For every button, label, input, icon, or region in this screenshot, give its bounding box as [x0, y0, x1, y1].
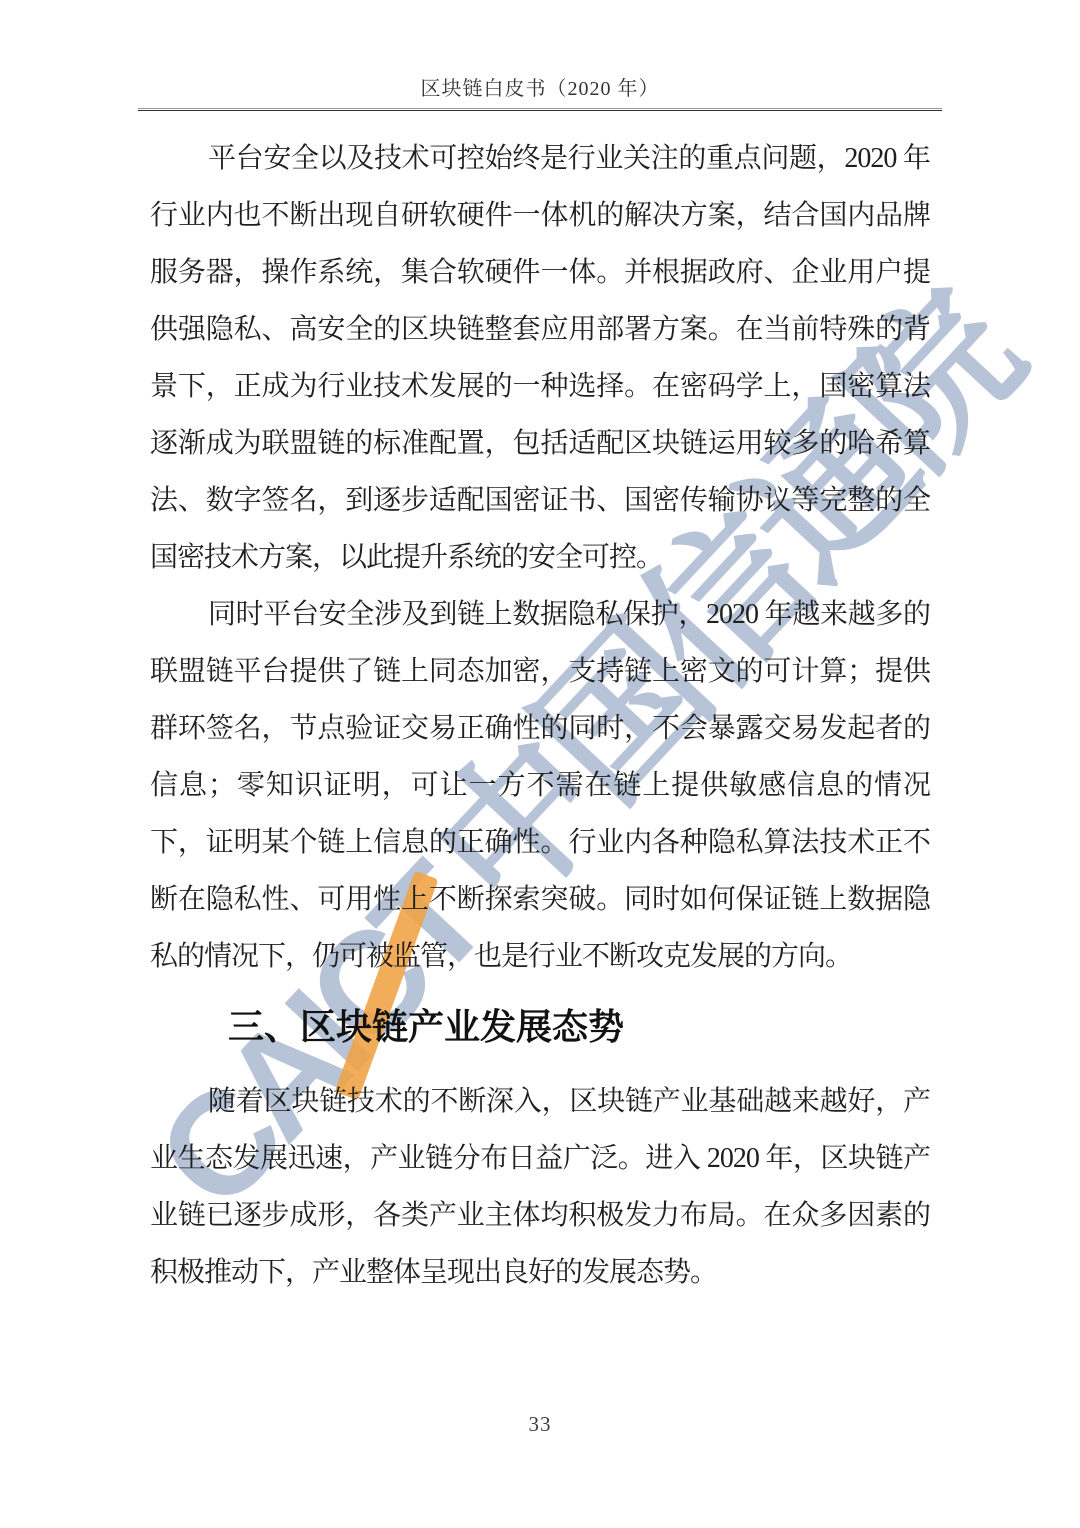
paragraph-platform-security: 平台安全以及技术可控始终是行业关注的重点问题，2020 年行业内也不断出现自研软… [150, 130, 930, 586]
header-rule [138, 108, 942, 109]
paragraph-privacy-protection: 同时平台安全涉及到链上数据隐私保护，2020 年越来越多的联盟链平台提供了链上同… [150, 586, 930, 985]
paragraph-industry-development: 随着区块链技术的不断深入，区块链产业基础越来越好，产业生态发展迅速，产业链分布日… [150, 1073, 930, 1301]
page-header: 区块链白皮书（2020 年） [0, 0, 1080, 109]
running-header-title: 区块链白皮书（2020 年） [0, 0, 1080, 101]
document-page: CAICT 中国信通院 区块链白皮书（2020 年） 平台安全以及技术可控始终是… [0, 0, 1080, 1528]
section-heading-industry-trends: 三、区块链产业发展态势 [228, 1005, 930, 1049]
page-content: 平台安全以及技术可控始终是行业关注的重点问题，2020 年行业内也不断出现自研软… [150, 130, 930, 1301]
page-number: 33 [529, 1412, 552, 1436]
page-footer: 33 [0, 1412, 1080, 1437]
